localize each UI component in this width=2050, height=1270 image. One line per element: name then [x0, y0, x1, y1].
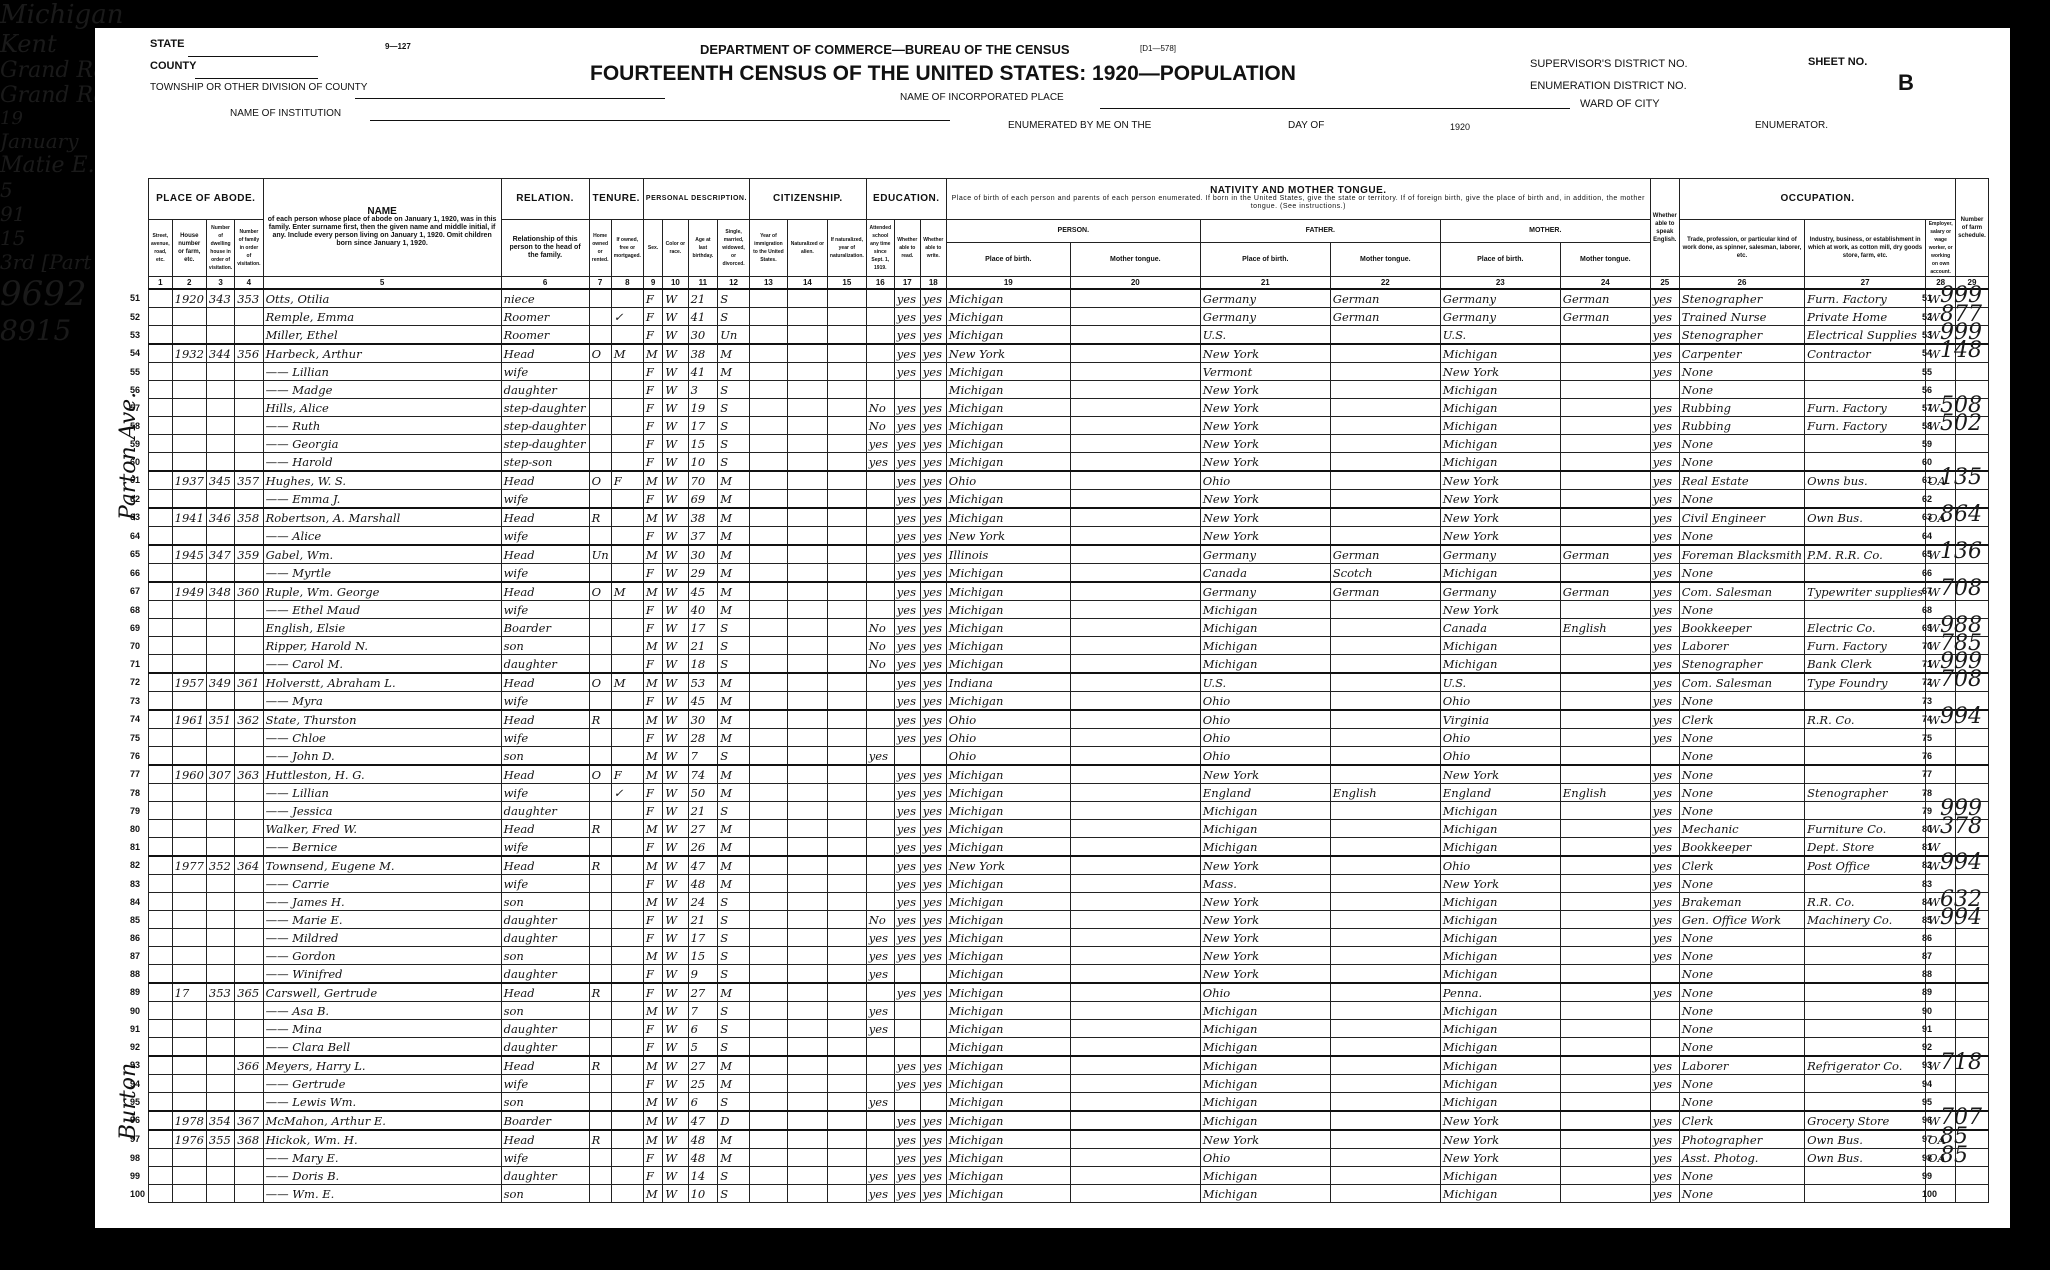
cell-read: yes [894, 673, 920, 692]
cell-age: 25 [688, 1075, 718, 1093]
cell-mbirth: New York [1440, 490, 1560, 509]
cell-school: yes [866, 747, 894, 766]
cell-natyear [827, 1075, 866, 1093]
occupation-code: 994 [1940, 850, 1982, 875]
cell-owned: O [589, 582, 611, 601]
group-mother: MOTHER. [1440, 220, 1650, 243]
cell-name: McMahon, Arthur E. [263, 1111, 501, 1130]
cell-age: 38 [688, 508, 718, 527]
cell-ftongue [1330, 1075, 1440, 1093]
cell-industry [1805, 929, 1926, 947]
column-number: 7 [589, 277, 611, 290]
incorporated-place-label: NAME OF INCORPORATED PLACE [900, 92, 1064, 103]
cell-family [235, 637, 263, 655]
cell-family [235, 326, 263, 345]
cell-dwelling [206, 965, 234, 984]
cell-mtongue [1560, 453, 1650, 472]
cell-read: yes [894, 893, 920, 911]
line-number: 86 [130, 933, 140, 943]
cell-marital: M [718, 838, 750, 857]
cell-name: —— Madge [263, 381, 501, 399]
cell-tongue [1070, 545, 1200, 564]
table-row: 1920343353Otts, OtilianieceFW21SyesyesMi… [149, 289, 1989, 308]
cell-fbirth: Canada [1200, 564, 1330, 583]
cell-mortgage [611, 1111, 643, 1130]
cell-industry: Owns bus. [1805, 471, 1926, 490]
line-number-right: 52 [1922, 312, 1932, 322]
cell-age: 37 [688, 527, 718, 546]
cell-age: 7 [688, 747, 718, 766]
cell-mtongue [1560, 1093, 1650, 1112]
cell-write: yes [920, 363, 946, 381]
cell-mtongue: English [1560, 784, 1650, 802]
cell-relation: Roomer [501, 308, 589, 326]
cell-fbirth: U.S. [1200, 673, 1330, 692]
cell-immig [749, 471, 787, 490]
cell-ftongue: Scotch [1330, 564, 1440, 583]
cell-mortgage [611, 363, 643, 381]
line-number-right: 75 [1922, 733, 1932, 743]
cell-trade: Mechanic [1679, 820, 1804, 838]
cell-tongue [1070, 417, 1200, 435]
cell-birth: Michigan [946, 399, 1070, 417]
cell-ftongue [1330, 838, 1440, 857]
cell-mortgage [611, 545, 643, 564]
cell-tongue [1070, 1020, 1200, 1038]
cell-write: yes [920, 655, 946, 674]
cell-house [172, 1038, 206, 1057]
cell-write: yes [920, 673, 946, 692]
column-number: 2 [172, 277, 206, 290]
cell-birth: Michigan [946, 582, 1070, 601]
cell-farm [1956, 1020, 1989, 1038]
cell-street [149, 1167, 173, 1185]
cell-race: W [663, 710, 688, 729]
cell-ftongue [1330, 619, 1440, 637]
cell-sex: F [643, 527, 662, 546]
cell-trade: None [1679, 983, 1804, 1002]
cell-dwelling [206, 911, 234, 929]
table-row: —— BernicewifeFW26MyesyesMichiganMichiga… [149, 838, 1989, 857]
cell-street [149, 582, 173, 601]
cell-birth: Michigan [946, 381, 1070, 399]
cell-owned [589, 802, 611, 820]
cell-industry: Refrigerator Co. [1805, 1056, 1926, 1075]
header-trade: Trade, profession, or particular kind of… [1679, 220, 1804, 277]
cell-school: yes [866, 929, 894, 947]
cell-marital: M [718, 564, 750, 583]
cell-immig [749, 637, 787, 655]
cell-nat [787, 1093, 827, 1112]
cell-immig [749, 1020, 787, 1038]
header-marital: Single, married, widowed, or divorced. [718, 220, 750, 277]
cell-read: yes [894, 582, 920, 601]
cell-natyear [827, 692, 866, 711]
cell-owned: O [589, 344, 611, 363]
cell-race: W [663, 453, 688, 472]
header-father-birthplace: Place of birth. [1200, 243, 1330, 277]
cell-fbirth: Michigan [1200, 838, 1330, 857]
cell-name: —— Chloe [263, 729, 501, 747]
cell-natyear [827, 453, 866, 472]
cell-name: —— Georgia [263, 435, 501, 453]
cell-nat [787, 637, 827, 655]
cell-age: 19 [688, 399, 718, 417]
cell-english: yes [1650, 983, 1679, 1002]
column-number: 16 [866, 277, 894, 290]
cell-street [149, 1038, 173, 1057]
cell-tongue [1070, 1185, 1200, 1203]
cell-relation: niece [501, 289, 589, 308]
cell-natyear [827, 1002, 866, 1020]
nativity-title: NATIVITY AND MOTHER TONGUE. [949, 187, 1648, 195]
cell-relation: daughter [501, 655, 589, 674]
cell-family [235, 802, 263, 820]
cell-house [172, 308, 206, 326]
cell-mtongue [1560, 673, 1650, 692]
cell-write [920, 747, 946, 766]
cell-fbirth: New York [1200, 1130, 1330, 1149]
cell-english: yes [1650, 673, 1679, 692]
cell-dwelling [206, 692, 234, 711]
state-value: Michigan [0, 0, 2050, 30]
line-number: 57 [130, 403, 140, 413]
cell-trade: None [1679, 747, 1804, 766]
cell-mtongue [1560, 710, 1650, 729]
cell-immig [749, 765, 787, 784]
cell-house: 1961 [172, 710, 206, 729]
cell-farm [1956, 965, 1989, 984]
cell-birth: Michigan [946, 911, 1070, 929]
cell-relation: Head [501, 983, 589, 1002]
cell-tongue [1070, 1038, 1200, 1057]
cell-mtongue [1560, 1111, 1650, 1130]
line-number-right: 54 [1922, 348, 1932, 358]
cell-age: 9 [688, 965, 718, 984]
cell-tongue [1070, 363, 1200, 381]
line-number: 61 [130, 475, 140, 485]
cell-nat [787, 983, 827, 1002]
cell-race: W [663, 399, 688, 417]
cell-trade: None [1679, 435, 1804, 453]
header-sex: Sex. [643, 220, 662, 277]
cell-mtongue [1560, 856, 1650, 875]
cell-nat [787, 471, 827, 490]
line-number: 85 [130, 915, 140, 925]
cell-birth: Michigan [946, 601, 1070, 619]
cell-sex: F [643, 1075, 662, 1093]
cell-family [235, 1020, 263, 1038]
cell-nat [787, 710, 827, 729]
cell-street [149, 1093, 173, 1112]
cell-race: W [663, 875, 688, 893]
cell-nat [787, 1167, 827, 1185]
cell-mortgage: F [611, 471, 643, 490]
line-number-right: 72 [1922, 677, 1932, 687]
cell-family [235, 381, 263, 399]
cell-relation: step-daughter [501, 435, 589, 453]
cell-read: yes [894, 1056, 920, 1075]
cell-race: W [663, 308, 688, 326]
cell-sex: F [643, 363, 662, 381]
cell-tongue [1070, 947, 1200, 965]
cell-owned: R [589, 1130, 611, 1149]
cell-birth: Michigan [946, 1075, 1070, 1093]
cell-dwelling: 347 [206, 545, 234, 564]
enumerator-label: ENUMERATOR. [1755, 120, 1828, 131]
cell-family [235, 417, 263, 435]
line-number-right: 86 [1922, 933, 1932, 943]
cell-dwelling [206, 655, 234, 674]
cell-fbirth: Michigan [1200, 601, 1330, 619]
cell-farm [1956, 363, 1989, 381]
cell-fbirth: Michigan [1200, 1020, 1330, 1038]
cell-mbirth: Penna. [1440, 983, 1560, 1002]
cell-immig [749, 545, 787, 564]
cell-school [866, 673, 894, 692]
cell-tongue [1070, 289, 1200, 308]
column-number: 9 [643, 277, 662, 290]
cell-fbirth: Michigan [1200, 1093, 1330, 1112]
cell-owned: R [589, 856, 611, 875]
column-number: 14 [787, 277, 827, 290]
cell-industry [1805, 1093, 1926, 1112]
cell-family [235, 1093, 263, 1112]
form-number: 9—127 [385, 42, 411, 51]
cell-read [894, 1002, 920, 1020]
cell-school [866, 692, 894, 711]
cell-write [920, 1002, 946, 1020]
cell-street [149, 564, 173, 583]
cell-natyear [827, 1093, 866, 1112]
cell-race: W [663, 1093, 688, 1112]
cell-ftongue [1330, 1130, 1440, 1149]
cell-english [1650, 381, 1679, 399]
cell-write: yes [920, 564, 946, 583]
line-number-right: 97 [1922, 1134, 1932, 1144]
cell-marital: S [718, 1002, 750, 1020]
cell-farm [1956, 983, 1989, 1002]
cell-name: Otts, Otilia [263, 289, 501, 308]
cell-mortgage [611, 893, 643, 911]
cell-relation: wife [501, 875, 589, 893]
cell-immig [749, 1056, 787, 1075]
cell-fbirth: Michigan [1200, 1056, 1330, 1075]
cell-school [866, 508, 894, 527]
cell-mbirth: Michigan [1440, 1185, 1560, 1203]
cell-farm [1956, 729, 1989, 747]
cell-age: 50 [688, 784, 718, 802]
cell-street [149, 1149, 173, 1167]
cell-natyear [827, 820, 866, 838]
cell-fbirth: Ohio [1200, 692, 1330, 711]
cell-race: W [663, 692, 688, 711]
cell-mbirth: Michigan [1440, 637, 1560, 655]
line-number-right: 77 [1922, 769, 1932, 779]
cell-family [235, 619, 263, 637]
cell-english: yes [1650, 582, 1679, 601]
ward-label: WARD OF CITY [1580, 98, 1660, 110]
column-number: 8 [611, 277, 643, 290]
cell-industry [1805, 490, 1926, 509]
cell-english: yes [1650, 363, 1679, 381]
cell-sex: F [643, 655, 662, 674]
cell-industry [1805, 381, 1926, 399]
cell-house [172, 875, 206, 893]
line-number: 58 [130, 421, 140, 431]
header-father-tongue: Mother tongue. [1330, 243, 1440, 277]
cell-english: yes [1650, 564, 1679, 583]
cell-family [235, 875, 263, 893]
cell-write: yes [920, 545, 946, 564]
cell-ftongue [1330, 710, 1440, 729]
cell-natyear [827, 435, 866, 453]
column-number: 27 [1805, 277, 1926, 290]
cell-nat [787, 893, 827, 911]
cell-mbirth: Michigan [1440, 911, 1560, 929]
cell-immig [749, 1167, 787, 1185]
cell-age: 21 [688, 802, 718, 820]
cell-age: 15 [688, 947, 718, 965]
cell-mortgage [611, 1020, 643, 1038]
cell-read: yes [894, 435, 920, 453]
cell-english [1650, 965, 1679, 984]
cell-marital: S [718, 747, 750, 766]
cell-race: W [663, 1111, 688, 1130]
cell-school [866, 490, 894, 509]
line-number: 79 [130, 806, 140, 816]
line-number: 77 [130, 769, 140, 779]
cell-read: yes [894, 527, 920, 546]
cell-dwelling: 345 [206, 471, 234, 490]
cell-industry: Furn. Factory [1805, 399, 1926, 417]
column-number: 1 [149, 277, 173, 290]
cell-natyear [827, 1130, 866, 1149]
cell-mortgage [611, 564, 643, 583]
cell-school: yes [866, 965, 894, 984]
occupation-code: 708 [1940, 667, 1982, 692]
cell-street [149, 655, 173, 674]
cell-street [149, 527, 173, 546]
cell-race: W [663, 363, 688, 381]
cell-write: yes [920, 856, 946, 875]
cell-immig [749, 381, 787, 399]
cell-natyear [827, 399, 866, 417]
cell-industry [1805, 1185, 1926, 1203]
cell-industry: P.M. R.R. Co. [1805, 545, 1926, 564]
cell-mbirth: Michigan [1440, 1167, 1560, 1185]
cell-fbirth: New York [1200, 417, 1330, 435]
line-number-right: 64 [1922, 531, 1932, 541]
cell-ftongue [1330, 1020, 1440, 1038]
cell-mtongue [1560, 381, 1650, 399]
cell-race: W [663, 381, 688, 399]
line-number-right: 80 [1922, 824, 1932, 834]
cell-natyear [827, 545, 866, 564]
table-row: 366Meyers, Harry L.HeadRMW27MyesyesMichi… [149, 1056, 1989, 1075]
cell-tongue [1070, 929, 1200, 947]
cell-dwelling: 353 [206, 983, 234, 1002]
cell-age: 47 [688, 856, 718, 875]
cell-tongue [1070, 582, 1200, 601]
cell-tongue [1070, 673, 1200, 692]
cell-ftongue [1330, 947, 1440, 965]
cell-natyear [827, 673, 866, 692]
cell-write: yes [920, 289, 946, 308]
cell-read [894, 1020, 920, 1038]
line-number: 80 [130, 824, 140, 834]
cell-name: —— Lillian [263, 363, 501, 381]
cell-natyear [827, 417, 866, 435]
cell-tongue [1070, 729, 1200, 747]
cell-ftongue [1330, 508, 1440, 527]
cell-mbirth: New York [1440, 471, 1560, 490]
cell-sex: M [643, 710, 662, 729]
line-number: 88 [130, 969, 140, 979]
cell-immig [749, 1093, 787, 1112]
cell-tongue [1070, 1149, 1200, 1167]
line-number: 71 [130, 659, 140, 669]
cell-industry [1805, 453, 1926, 472]
cell-natyear [827, 1167, 866, 1185]
cell-owned [589, 1185, 611, 1203]
cell-age: 28 [688, 729, 718, 747]
cell-mortgage [611, 490, 643, 509]
cell-ftongue [1330, 1056, 1440, 1075]
cell-marital: M [718, 1056, 750, 1075]
cell-dwelling [206, 453, 234, 472]
cell-relation: wife [501, 1075, 589, 1093]
table-row: Ripper, Harold N.sonMW21SNoyesyesMichiga… [149, 637, 1989, 655]
cell-immig [749, 527, 787, 546]
cell-marital: M [718, 601, 750, 619]
cell-tongue [1070, 619, 1200, 637]
cell-ftongue: German [1330, 545, 1440, 564]
cell-mtongue [1560, 601, 1650, 619]
cell-ftongue [1330, 326, 1440, 345]
cell-sex: F [643, 1038, 662, 1057]
cell-mbirth: Michigan [1440, 893, 1560, 911]
cell-age: 6 [688, 1093, 718, 1112]
cell-sex: M [643, 545, 662, 564]
cell-fbirth: Michigan [1200, 1075, 1330, 1093]
cell-owned [589, 911, 611, 929]
cell-race: W [663, 838, 688, 857]
cell-ftongue [1330, 1185, 1440, 1203]
cell-marital: M [718, 856, 750, 875]
cell-mbirth: Michigan [1440, 1038, 1560, 1057]
cell-english: yes [1650, 856, 1679, 875]
cell-fbirth: New York [1200, 527, 1330, 546]
cell-name: Holverstt, Abraham L. [263, 673, 501, 692]
cell-birth: Michigan [946, 326, 1070, 345]
line-number-right: 81 [1922, 842, 1932, 852]
column-number: 15 [827, 277, 866, 290]
cell-house [172, 747, 206, 766]
cell-nat [787, 1020, 827, 1038]
cell-birth: Michigan [946, 893, 1070, 911]
cell-house: 1949 [172, 582, 206, 601]
cell-age: 17 [688, 417, 718, 435]
line-number: 66 [130, 568, 140, 578]
cell-read: yes [894, 344, 920, 363]
cell-house: 1945 [172, 545, 206, 564]
cell-sex: F [643, 1149, 662, 1167]
cell-marital: M [718, 363, 750, 381]
cell-house: 1941 [172, 508, 206, 527]
cell-house [172, 619, 206, 637]
line-number: 62 [130, 494, 140, 504]
